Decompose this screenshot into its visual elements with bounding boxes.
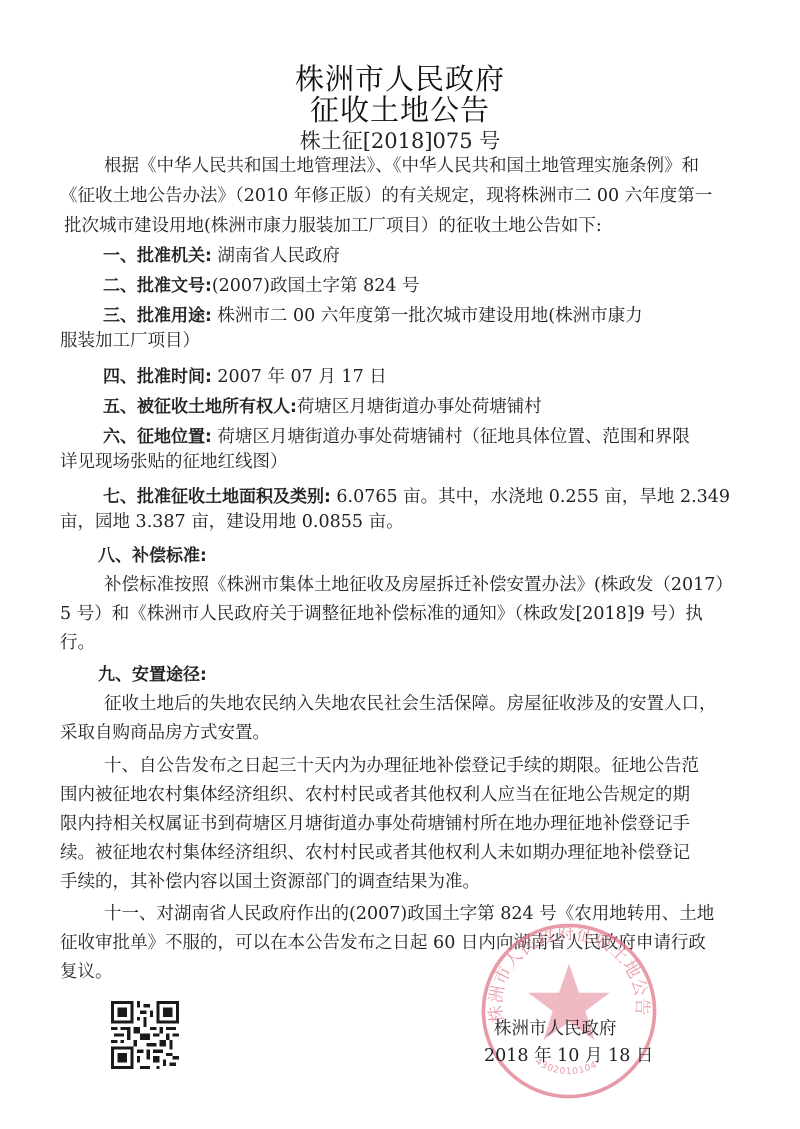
item-land-owner: 五、被征收土地所有权人:荷塘区月塘街道办事处荷塘铺村	[103, 396, 542, 418]
item-label: 七、批准征收土地面积及类别:	[103, 487, 331, 507]
qr-code-icon[interactable]	[111, 1001, 179, 1069]
item-label: 八、补偿标准:	[98, 546, 207, 566]
item-value: 株洲市二 00 六年度第一批次城市建设用地(株洲市康力	[212, 306, 643, 326]
item-label: 九、安置途径:	[98, 665, 207, 685]
item-value: 荷塘区月塘街道办事处荷塘铺村（征地具体位置、范围和界限	[212, 427, 690, 447]
item-value: 6.0765 亩。其中，水浇地 0.255 亩，旱地 2.349	[331, 487, 730, 507]
issue-date: 2018 年 10 月 18 日	[484, 1042, 653, 1067]
item-label: 三、批准用途:	[103, 306, 212, 326]
intro-line-2: 《征收土地公告办法》（2010 年修正版）的有关规定，现将株洲市二 00 六年度…	[60, 185, 712, 207]
intro-line-3: 批次城市建设用地(株洲市康力服装加工厂项目）的征收土地公告如下:	[64, 215, 602, 237]
item-value: 荷塘区月塘街道办事处荷塘铺村	[297, 397, 542, 417]
item-value: 2007 年 07 月 17 日	[212, 367, 387, 387]
item-label: 五、被征收土地所有权人:	[103, 397, 297, 417]
item-value: (2007)政国土字第 824 号	[212, 276, 420, 296]
item-area-category: 七、批准征收土地面积及类别: 6.0765 亩。其中，水浇地 0.255 亩，旱…	[103, 486, 730, 508]
item-label: 六、征地位置:	[103, 427, 212, 447]
item-area-category-cont: 亩，园地 3.387 亩，建设用地 0.0855 亩。	[60, 511, 404, 533]
item-value: 湖南省人民政府	[212, 246, 340, 266]
item-resettlement-line-1: 征收土地后的失地农民纳入失地农民社会生活保障。房屋征收涉及的安置人口，	[104, 693, 717, 715]
item-10-line-4: 续。被征地农村集体经济组织、农村村民或者其他权利人未如期办理征地补偿登记	[60, 842, 690, 864]
item-10-line-3: 限内持相关权属证书到荷塘区月塘街道办事处荷塘铺村所在地办理征地补偿登记手	[60, 813, 690, 835]
item-11-line-3: 复议。	[60, 961, 113, 983]
item-approval-purpose: 三、批准用途: 株洲市二 00 六年度第一批次城市建设用地(株洲市康力	[103, 305, 643, 327]
item-approval-authority: 一、批准机关: 湖南省人民政府	[103, 245, 340, 267]
item-10-line-5: 手续的，其补偿内容以国土资源部门的调查结果为准。	[60, 871, 480, 893]
item-approval-purpose-cont: 服装加工厂项目）	[60, 330, 200, 352]
item-resettlement-line-2: 采取自购商品房方式安置。	[60, 722, 270, 744]
item-approval-number: 二、批准文号:(2007)政国土字第 824 号	[103, 275, 420, 297]
official-seal-icon: 株洲市人民政府征收土地公告专用章 4302010104	[478, 920, 660, 1102]
item-label: 二、批准文号:	[103, 276, 212, 296]
item-approval-date: 四、批准时间: 2007 年 07 月 17 日	[103, 366, 387, 388]
document-number: 株土征[2018]075 号	[0, 125, 800, 155]
item-label: 四、批准时间:	[103, 367, 212, 387]
issuer-name: 株洲市人民政府	[494, 1015, 617, 1040]
item-location-cont: 详见现场张贴的征地红线图）	[60, 451, 288, 473]
item-compensation-label: 八、补偿标准:	[98, 545, 207, 567]
item-compensation-line-3: 行。	[60, 632, 95, 654]
item-location: 六、征地位置: 荷塘区月塘街道办事处荷塘铺村（征地具体位置、范围和界限	[103, 426, 690, 448]
title-line-2: 征收土地公告	[0, 88, 800, 129]
item-compensation-line-1: 补偿标准按照《株洲市集体土地征收及房屋拆迁补偿安置办法》(株政发（2017）	[104, 574, 733, 596]
item-label: 一、批准机关:	[103, 246, 212, 266]
item-resettlement-label: 九、安置途径:	[98, 664, 207, 686]
item-10-line-2: 围内被征地农村集体经济组织、农村村民或者其他权利人应当在征地公告规定的期	[60, 784, 690, 806]
item-compensation-line-2: 5 号）和《株洲市人民政府关于调整征地补偿标准的通知》（株政发[2018]9 号…	[60, 603, 703, 625]
intro-line-1: 根据《中华人民共和国土地管理法》、《中华人民共和国土地管理实施条例》和	[104, 155, 699, 177]
item-10-line-1: 十、自公告发布之日起三十天内为办理征地补偿登记手续的期限。征地公告范	[104, 755, 699, 777]
